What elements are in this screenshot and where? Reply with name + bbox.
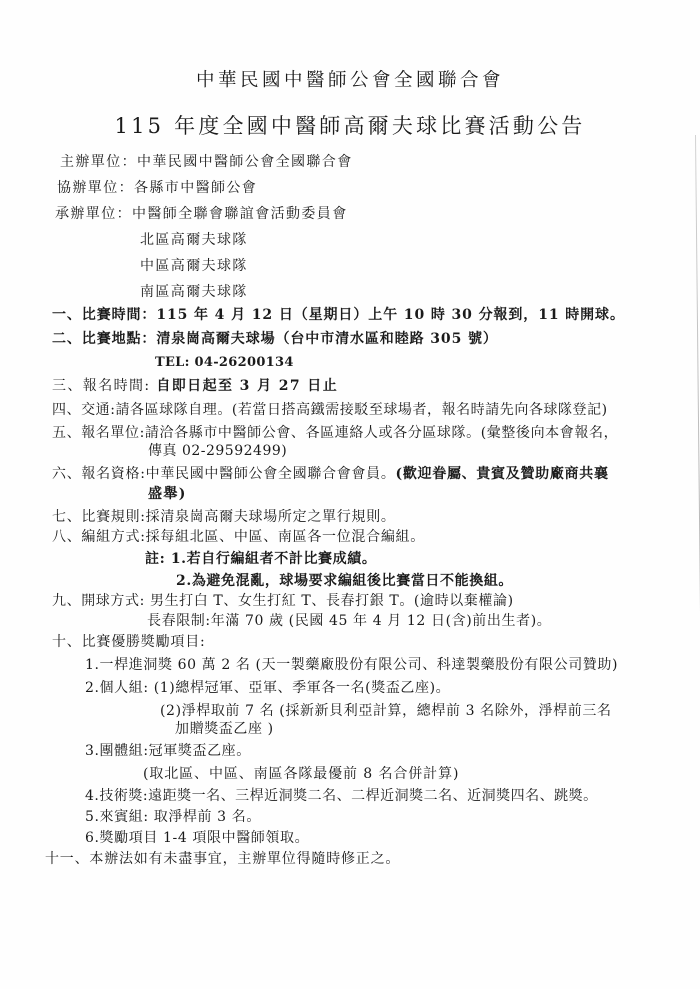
host-row: 主辦單位：中華民國中醫師公會全國聯合會 xyxy=(60,153,353,171)
section-10-awards-heading: 十、比賽優勝獎勵項目: xyxy=(52,633,206,651)
award-item-3: 3.團體組:冠軍獎盃乙座。 xyxy=(85,742,251,760)
award-item-4: 4.技術獎:遠距獎一名、三桿近洞獎二名、二桿近洞獎二名、近洞獎四名、跳獎。 xyxy=(85,787,598,805)
section-1-label: 一、比賽時間： xyxy=(52,307,156,323)
section-9-text: 男生打白 T、女生打紅 T、長春打銀 T。(逾時以棄權論) xyxy=(150,593,514,609)
scanned-document-page: 中華民國中醫師公會全國聯合會 115 年度全國中醫師高爾夫球比賽活動公告 主辦單… xyxy=(0,0,700,989)
section-2-text: 清泉崗高爾夫球場（台中市清水區和睦路 305 號） xyxy=(156,331,497,347)
award-item-3-note: (取北區、中區、南區各隊最優前 8 名合併計算) xyxy=(143,765,459,783)
section-9-label: 九、開球方式: xyxy=(52,593,150,609)
section-8-note-1-text: 1.若自行編組者不計比賽成績。 xyxy=(171,551,377,567)
section-11-label: 十一、 xyxy=(45,851,89,867)
award-item-2-net-cont: 加贈獎盃乙座 ) xyxy=(175,720,274,738)
section-6-bold-text: (歡迎眷屬、貴賓及贊助廠商共襄 xyxy=(396,466,609,482)
host-label: 主辦單位： xyxy=(60,153,137,171)
section-6-eligibility: 六、報名資格:中華民國中醫師公會全國聯合會會員。(歡迎眷屬、貴賓及贊助廠商共襄 xyxy=(52,465,609,483)
section-7-label: 七、比賽規則: xyxy=(52,509,146,525)
section-4-transport: 四、交通:請各區球隊自理。(若當日搭高鐵需接駁至球場者，報名時請先向各球隊登記) xyxy=(52,401,608,419)
section-4-text: 請各區球隊自理。(若當日搭高鐵需接駁至球場者，報名時請先向各球隊登記) xyxy=(115,402,607,418)
org-title: 中華民國中醫師公會全國聯合會 xyxy=(0,72,700,90)
award-item-5: 5.來賓組: 取淨桿前 3 名。 xyxy=(85,808,261,826)
co-host-row: 協辦單位：各縣市中醫師公會 xyxy=(57,179,257,197)
section-8-note-1: 註: 1.若自行編組者不計比賽成績。 xyxy=(145,550,376,568)
section-3-text: 自即日起至 3 月 27 日止 xyxy=(156,378,338,394)
section-8-note-2: 2.為避免混亂，球場要求編組後比賽當日不能換組。 xyxy=(176,572,513,590)
section-3-registration-period: 三、報名時間: 自即日起至 3 月 27 日止 xyxy=(52,377,338,395)
section-6-label: 六、報名資格: xyxy=(52,466,146,482)
co-host-label: 協辦單位： xyxy=(57,179,134,197)
section-11-amendment: 十一、本辦法如有未盡事宜，主辦單位得隨時修正之。 xyxy=(45,850,400,868)
section-9-tee-off: 九、開球方式: 男生打白 T、女生打紅 T、長春打銀 T。(逾時以棄權論) xyxy=(52,592,514,610)
section-2-label: 二、比賽地點： xyxy=(52,331,156,347)
section-2-venue: 二、比賽地點：清泉崗高爾夫球場（台中市清水區和睦路 305 號） xyxy=(52,330,498,348)
scan-edge-line xyxy=(695,135,700,989)
executor-value: 中醫師全聯會聯誼會活動委員會 xyxy=(132,206,348,222)
section-6-bold-text-cont: 盛舉) xyxy=(148,485,187,503)
section-5-text: 請洽各縣市中醫師公會、各區連絡人或各分區球隊。(彙整後向本會報名， xyxy=(145,425,618,441)
award-item-6: 6.獎勵項目 1-4 項限中醫師領取。 xyxy=(85,829,309,847)
section-2-tel: TEL: 04-26200134 xyxy=(155,354,294,372)
executor-row: 承辦單位：中醫師全聯會聯誼會活動委員會 xyxy=(55,205,348,223)
section-9-senior-limit: 長春限制:年滿 70 歲 (民國 45 年 4 月 12 日(含)前出生者)。 xyxy=(147,612,551,630)
section-8-label: 八、編組方式: xyxy=(52,529,146,545)
section-5-fax: 傳真 02-29592499) xyxy=(148,442,287,460)
section-1-match-time: 一、比賽時間：115 年 4 月 12 日（星期日）上午 10 時 30 分報到… xyxy=(52,306,625,324)
section-6-text: 中華民國中醫師公會全國聯合會會員。 xyxy=(146,466,396,482)
award-item-2: 2.個人組: (1)總桿冠軍、亞軍、季軍各一名(獎盃乙座)。 xyxy=(85,679,450,697)
section-8-grouping: 八、編組方式:採每組北區、中區、南區各一位混合編組。 xyxy=(52,528,425,546)
award-item-1: 1.一桿進洞獎 60 萬 2 名 (天一製藥廠股份有限公司、科達製藥股份有限公司… xyxy=(85,656,618,674)
co-host-value: 各縣市中醫師公會 xyxy=(134,180,257,196)
executor-north-team: 北區高爾夫球隊 xyxy=(140,231,248,249)
executor-label: 承辦單位： xyxy=(55,205,132,223)
section-8-note-label: 註: xyxy=(145,551,171,567)
award-item-2-net: (2)淨桿取前 7 名 (採新新貝利亞計算，總桿前 3 名除外，淨桿前三名 xyxy=(160,702,612,720)
section-5-registration-unit: 五、報名單位:請洽各縣市中醫師公會、各區連絡人或各分區球隊。(彙整後向本會報名， xyxy=(52,424,618,442)
section-7-text: 採清泉崗高爾夫球場所定之單行規則。 xyxy=(146,509,396,525)
section-5-label: 五、報名單位: xyxy=(52,425,145,441)
section-4-label: 四、交通: xyxy=(52,402,115,418)
section-7-rules: 七、比賽規則:採清泉崗高爾夫球場所定之單行規則。 xyxy=(52,508,396,526)
section-8-text: 採每組北區、中區、南區各一位混合編組。 xyxy=(146,529,425,545)
executor-central-team: 中區高爾夫球隊 xyxy=(140,257,248,275)
section-3-label: 三、報名時間: xyxy=(52,378,156,394)
section-11-text: 本辦法如有未盡事宜，主辦單位得隨時修正之。 xyxy=(89,851,400,867)
announcement-title: 115 年度全國中醫師高爾夫球比賽活動公告 xyxy=(0,117,700,135)
host-value: 中華民國中醫師公會全國聯合會 xyxy=(137,154,353,170)
executor-south-team: 南區高爾夫球隊 xyxy=(140,283,248,301)
section-1-text: 115 年 4 月 12 日（星期日）上午 10 時 30 分報到，11 時開球… xyxy=(156,307,625,323)
